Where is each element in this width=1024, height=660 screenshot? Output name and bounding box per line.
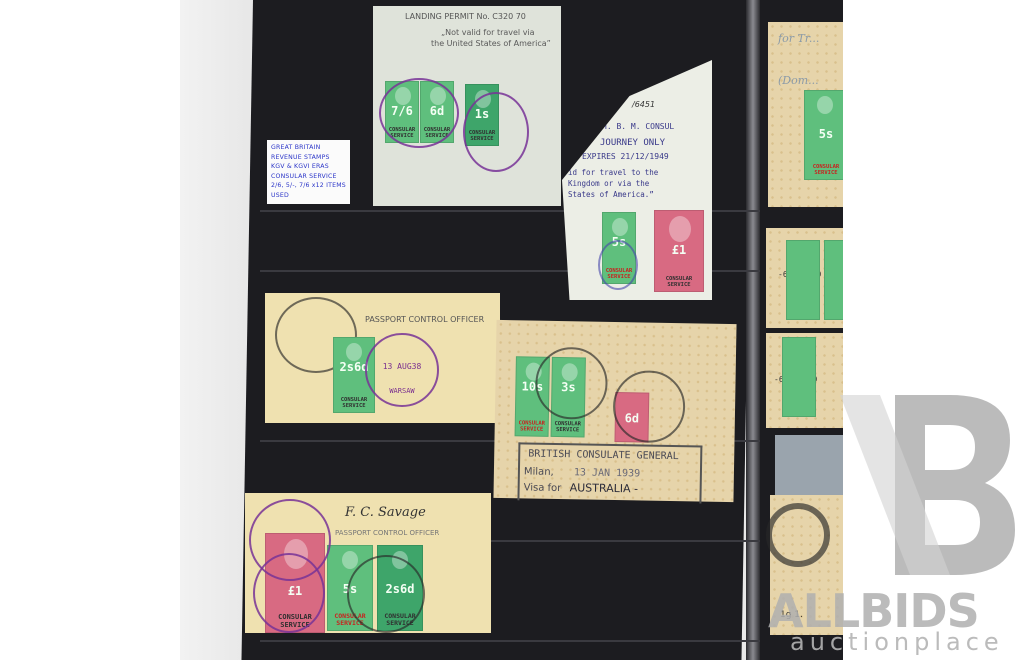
handwritten-note: for Tr... bbox=[778, 32, 819, 45]
visa-text-line: Kingdom or via the bbox=[568, 179, 649, 188]
permit-note-line: „Not valid for travel via bbox=[441, 28, 535, 37]
allbids-logo-icon bbox=[840, 395, 1015, 575]
album-gutter bbox=[746, 0, 760, 660]
album-photo: GREAT BRITAIN REVENUE STAMPS KGV & KGVI … bbox=[180, 0, 843, 660]
note-line: CONSULAR SERVICE bbox=[271, 172, 346, 182]
postmark-warsaw-purple bbox=[253, 553, 325, 633]
reference-number: /6451 bbox=[632, 100, 655, 109]
visa-text-line: States of America.” bbox=[568, 190, 654, 199]
note-line: 2/6, 5/-, 7/6 x12 ITEMS bbox=[271, 181, 346, 191]
piece-warsaw-1938: PASSPORT CONTROL OFFICER 2s6d CONSULARSE… bbox=[265, 293, 500, 423]
watermark-tagline: auctionplace bbox=[790, 628, 1004, 656]
visa-for-text: Visa for bbox=[524, 482, 562, 494]
postmark-milan bbox=[535, 347, 608, 420]
stamp-consular bbox=[824, 240, 843, 320]
piece-warsaw-1939: F. C. Savage PASSPORT CONTROL OFFICER £1… bbox=[245, 493, 491, 633]
postmark-passport-control bbox=[766, 503, 830, 567]
consul-text: H. B. M. CONSUL bbox=[602, 122, 674, 131]
city-text: Milan, bbox=[524, 466, 554, 478]
officer-text: PASSPORT CONTROL OFFICER bbox=[365, 315, 484, 324]
piece-prague-landing-permit: LANDING PERMIT No. C320 70 „Not valid fo… bbox=[373, 6, 561, 206]
postmark-palermo bbox=[598, 240, 638, 290]
stamp-1-pound: £1 CONSULARSERVICE bbox=[654, 210, 704, 292]
destination-text: AUSTRALIA - bbox=[570, 481, 639, 495]
postmark-warsaw-black bbox=[347, 555, 425, 633]
signature: F. C. Savage bbox=[345, 505, 426, 520]
stamp-consular bbox=[782, 337, 816, 417]
postmark-milan bbox=[612, 370, 685, 443]
postmark-prague bbox=[379, 78, 459, 148]
handwritten-note: (Dom... bbox=[778, 74, 819, 87]
piece-right-1: for Tr... (Dom... 5s CONSULARSERVICE bbox=[768, 22, 843, 207]
note-line: USED bbox=[271, 191, 346, 201]
expiry-text: EXPIRES 21/12/1949 bbox=[582, 152, 669, 161]
date-text: 13 JAN 1939 bbox=[574, 467, 640, 479]
description-note-card: GREAT BRITAIN REVENUE STAMPS KGV & KGVI … bbox=[267, 140, 350, 204]
stamp-5s: 5s CONSULARSERVICE bbox=[804, 90, 843, 180]
note-line: KGV & KGVI ERAS bbox=[271, 162, 346, 172]
stamp-consular bbox=[786, 240, 820, 320]
piece-milan-visa: 10s CONSULARSERVICE 3s CONSULARSERVICE 6… bbox=[493, 320, 736, 502]
stock-strip bbox=[260, 640, 760, 642]
permit-note-line: the United States of America” bbox=[431, 39, 551, 48]
officer-text: PASSPORT CONTROL OFFICER bbox=[335, 529, 439, 537]
piece-right-2: -6 FEB 39 bbox=[766, 228, 843, 328]
postmark-warsaw-purple: 13 AUG38 WARSAW bbox=[365, 333, 439, 407]
visa-text-line: id for travel to the bbox=[568, 168, 658, 177]
piece-right-3: -6 FEB 39 bbox=[766, 333, 843, 428]
note-line: GREAT BRITAIN bbox=[271, 143, 346, 153]
journey-only-text: JOURNEY ONLY bbox=[600, 138, 665, 148]
note-line: REVENUE STAMPS bbox=[271, 153, 346, 163]
landing-permit-text: LANDING PERMIT No. C320 70 bbox=[405, 12, 526, 21]
postmark-prague bbox=[463, 92, 529, 172]
reflection bbox=[775, 435, 843, 495]
